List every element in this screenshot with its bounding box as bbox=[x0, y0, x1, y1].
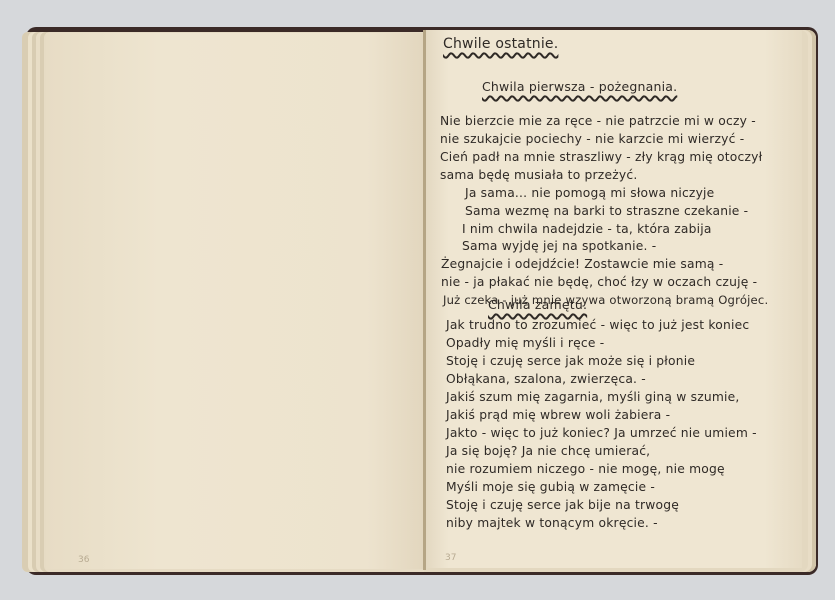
poem-line: Nie bierzcie mie za ręce - nie patrzcie … bbox=[440, 112, 756, 131]
poem-line: Sama wezmę na barki to straszne czekanie… bbox=[465, 202, 748, 221]
poem-line: Ja sama... nie pomogą mi słowa niczyje bbox=[465, 184, 714, 203]
poem-line: Obłąkana, szalona, zwierzęca. - bbox=[446, 370, 646, 389]
section-heading-2: Chwila zamętu. bbox=[488, 297, 587, 312]
poem-line: Jakiś prąd mię wbrew woli żabiera - bbox=[446, 406, 670, 425]
poem-line: Żegnajcie i odejdźcie! Zostawcie mie sam… bbox=[441, 255, 723, 274]
poem-line: Cień padł na mnie straszliwy - zły krąg … bbox=[440, 148, 762, 167]
poem-line: Jak trudno to zrozumieć - więc to już je… bbox=[446, 316, 749, 335]
poem-line: nie rozumiem niczego - nie mogę, nie mog… bbox=[446, 460, 725, 479]
poem-line: nie - ja płakać nie będę, choć łzy w ocz… bbox=[441, 273, 757, 292]
poem-line: Jakto - więc to już koniec? Ja umrzeć ni… bbox=[446, 424, 757, 443]
poem-line: Jakiś szum mię zagarnia, myśli giną w sz… bbox=[446, 388, 740, 407]
left-page-number: 36 bbox=[78, 555, 89, 565]
section-heading-1: Chwila pierwsza - pożegnania. bbox=[482, 79, 677, 94]
poem-line: Stoję i czuję serce jak bije na trwogę bbox=[446, 496, 679, 515]
page-title: Chwile ostatnie. bbox=[443, 36, 558, 52]
poem-line: Sama wyjdę jej na spotkanie. - bbox=[462, 237, 656, 256]
poem-line: nie szukajcie pociechy - nie karzcie mi … bbox=[440, 130, 744, 149]
right-page-number: 37 bbox=[445, 553, 456, 563]
poem-line: sama będę musiała to przeżyć. bbox=[440, 166, 637, 185]
poem-line: Opadły mię myśli i ręce - bbox=[446, 334, 604, 353]
poem-line: Ja się boję? Ja nie chcę umierać, bbox=[446, 442, 650, 461]
left-page bbox=[46, 33, 424, 569]
book-spine bbox=[423, 30, 426, 570]
poem-line: Myśli moje się gubią w zamęcie - bbox=[446, 478, 655, 497]
poem-line: Stoję i czuję serce jak może się i płoni… bbox=[446, 352, 695, 371]
poem-line: niby majtek w tonącym okręcie. - bbox=[446, 514, 658, 533]
